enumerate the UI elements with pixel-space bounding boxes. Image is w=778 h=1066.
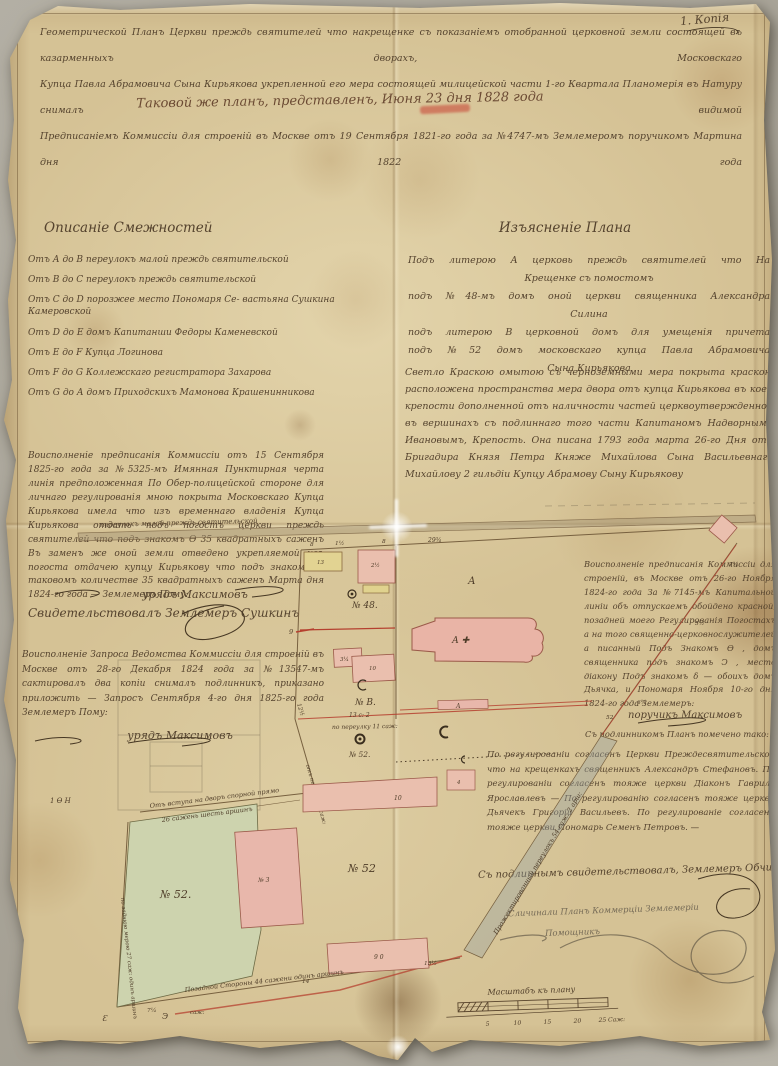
fold-glare-bar-v: [395, 499, 398, 557]
building-strip-upper: [303, 777, 437, 812]
street-name-top: переулокъ малой преждь святительской: [100, 517, 258, 529]
scale-hatching: [458, 1002, 488, 1012]
dim: 3¼: [340, 656, 349, 663]
dim: 52: [606, 715, 614, 721]
scale-tick: 10: [514, 1020, 522, 1027]
projected-lane-band: [464, 736, 617, 958]
paper-sheet: 1. Копія Геометрической Планъ Церкви пре…: [0, 0, 778, 1066]
dim: 29¾: [427, 537, 442, 544]
scale-tick: 15: [543, 1019, 551, 1026]
plot-52-open-label: № 52: [347, 862, 376, 875]
dim: 7¼: [729, 561, 738, 568]
dim: 9: [289, 628, 293, 636]
scale-bar: Масштабъ къ плану 5 10: [445, 983, 625, 1029]
strip-letter-a: А: [455, 703, 461, 710]
dotted-boundary-line: [396, 753, 556, 762]
dim: 9 0: [374, 954, 384, 961]
dim: 13 с: 2: [349, 712, 370, 719]
dim: 13: [317, 560, 324, 566]
dim: 2½: [370, 562, 380, 569]
scale-tick: 5: [486, 1021, 490, 1028]
dim: 5½: [695, 620, 705, 627]
scale-tick: 20: [572, 1018, 581, 1025]
dim: 14: [302, 979, 310, 985]
yard-letter-a: А: [467, 576, 476, 587]
sazhen-caption: саж:: [190, 1010, 205, 1016]
church-building: [412, 618, 543, 662]
building-yellow-2: [363, 585, 389, 593]
scale-bar-title: Масштабъ къ плану: [486, 985, 575, 997]
dim: 8: [310, 542, 314, 548]
plot-52-small-label: № 52.: [348, 750, 370, 759]
dim: 10: [394, 795, 402, 802]
dim: 4: [456, 780, 461, 786]
plot-52-garden-label: № 52.: [159, 888, 191, 901]
lane-dimension-note: по переулку 11 саж:: [332, 723, 398, 731]
dim: 10: [369, 666, 376, 672]
dim: 1½: [335, 540, 345, 547]
plot-48-label: № 48.: [351, 601, 378, 611]
plot-3-label: № 3: [257, 877, 270, 884]
dim: 6½: [637, 699, 647, 706]
scale-tick: 25 Саж:: [597, 1016, 625, 1024]
scanned-survey-plan-page: { "document": { "corner_label": "1. Копі…: [0, 0, 778, 1066]
pencil-signature-flourish: [500, 930, 754, 982]
building-pink-small: [447, 770, 475, 790]
dim: 12½: [295, 702, 306, 717]
building-pink-cluster: [333, 646, 395, 683]
bottom-fold-glare: [386, 1032, 410, 1062]
projected-lane-label: Прожектированный переулокъ 54 саж: 2 арш…: [491, 790, 583, 937]
pencil-plot-mark: 1 Ɵ Н: [50, 797, 72, 805]
dim: 15½: [424, 960, 437, 967]
mark-e: Э: [162, 1012, 168, 1021]
church-letter-and-cross: А ✚: [451, 636, 471, 646]
paper-sheet-wrap: 1. Копія Геометрической Планъ Церкви пре…: [0, 0, 778, 1066]
mark-epsilon: Ɛ: [102, 1014, 108, 1023]
lane-strip-building: [438, 699, 488, 709]
dim: 7¼: [147, 1007, 156, 1014]
plot-b-label: № В.: [354, 698, 376, 708]
